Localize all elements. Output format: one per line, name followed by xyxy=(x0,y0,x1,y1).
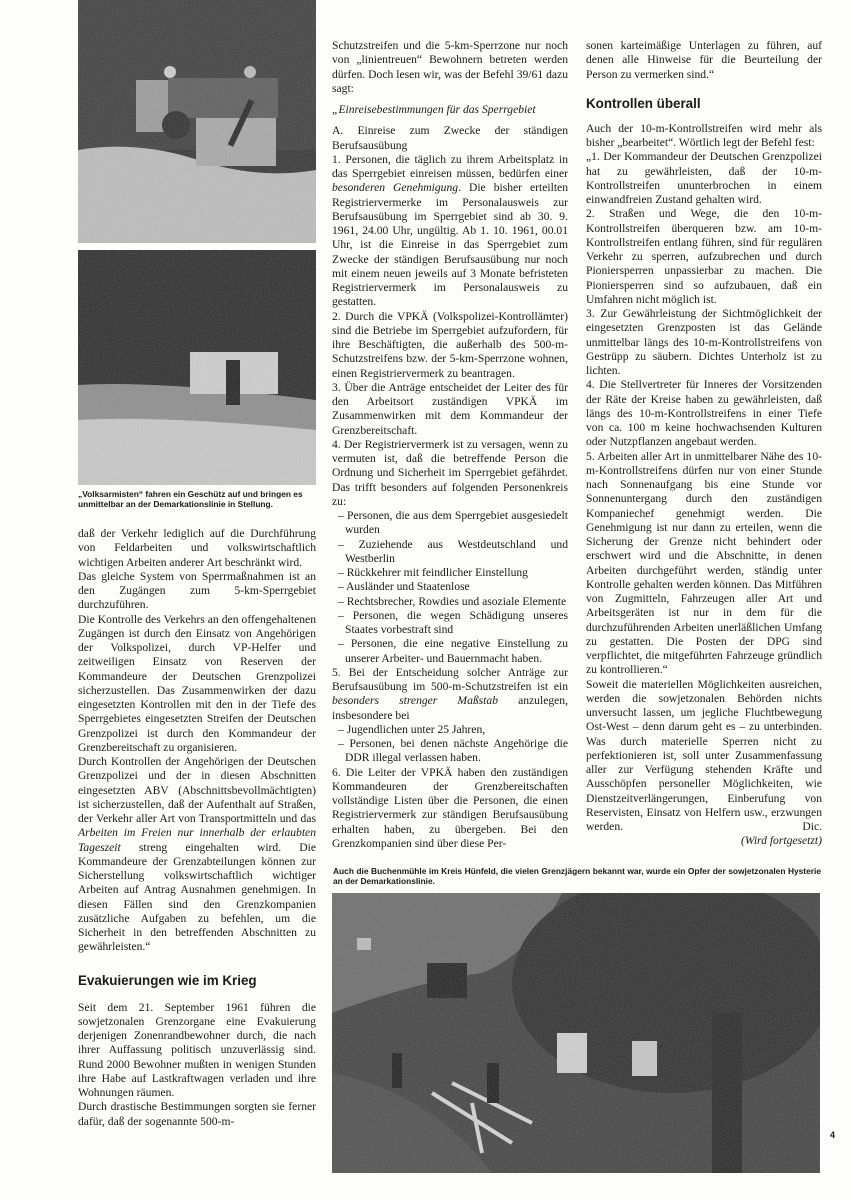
photo-soldiers-truck xyxy=(78,0,316,243)
list-item: – Personen, bei denen nächste Angehörige… xyxy=(332,737,568,766)
continued-note: (Wird fortgesetzt) xyxy=(586,834,822,848)
right-column: sonen karteimäßige Unterlagen zu führen,… xyxy=(586,39,822,849)
item-6: 6. Die Leiter der VPKÄ haben den zuständ… xyxy=(332,766,568,852)
item-4: 4. Der Registriervermerk ist zu versagen… xyxy=(332,438,568,509)
page-number: 4 xyxy=(830,1130,835,1140)
order-item-4: 4. Die Stellvertreter für Inneres der Vo… xyxy=(586,378,822,449)
item-1: 1. Personen, die täglich zu ihrem Arbeit… xyxy=(332,153,568,310)
section-a: A. Einreise zum Zwecke der ständigen Ber… xyxy=(332,124,568,153)
paragraph: Durch Kontrollen der Angehörigen der Deu… xyxy=(78,755,316,955)
section-heading: Evakuierungen wie im Krieg xyxy=(78,973,316,989)
list-item: – Personen, die eine negative Einstellun… xyxy=(332,637,568,666)
order-item-2: 2. Straßen und Wege, die den 10-m-Kontro… xyxy=(586,207,822,307)
list-item: – Personen, die wegen Schädigung unseres… xyxy=(332,609,568,638)
paragraph: Durch drastische Bestimmungen sorgten si… xyxy=(78,1100,316,1129)
order-item-5: 5. Arbeiten aller Art in unmittelbarer N… xyxy=(586,450,822,678)
list-item: – Rechtsbrecher, Rowdies und asoziale El… xyxy=(332,595,568,609)
paragraph: Auch der 10-m-Kontrollstreifen wird mehr… xyxy=(586,122,822,151)
paragraph: Soweit die materiellen Möglichkeiten aus… xyxy=(586,678,822,835)
photo-gun-in-position xyxy=(78,250,316,485)
paragraph: Das gleiche System von Sperrmaßnahmen is… xyxy=(78,570,316,613)
photo-caption-bottom: Auch die Buchenmühle im Kreis Hünfeld, d… xyxy=(333,866,821,886)
photo-caption-left: „Volksarmisten“ fahren ein Geschütz auf … xyxy=(78,489,318,509)
order-item-1: „1. Der Kommandeur der Deutschen Grenzpo… xyxy=(586,150,822,207)
paragraph: Die Kontrolle des Verkehrs an den offeng… xyxy=(78,613,316,756)
section-heading: Kontrollen überall xyxy=(586,96,822,112)
item-3: 3. Über die Anträge entscheidet der Leit… xyxy=(332,381,568,438)
quote-title: „Einreisebestimmungen für das Sperrgebie… xyxy=(332,103,568,117)
paragraph: daß der Verkehr lediglich auf die Durchf… xyxy=(78,527,316,570)
list-item: – Zuziehende aus Westdeutschland und Wes… xyxy=(332,538,568,567)
paragraph: Seit dem 21. September 1961 führen die s… xyxy=(78,1001,316,1101)
middle-column: Schutzstreifen und die 5-km-Sperrzone nu… xyxy=(332,39,568,851)
order-item-3: 3. Zur Gewährleistung der Sichtmöglichke… xyxy=(586,307,822,378)
photo-demolished-mill xyxy=(332,893,820,1173)
author-signature: Dic. xyxy=(802,820,822,834)
list-item: – Ausländer und Staatenlose xyxy=(332,580,568,594)
paragraph: sonen karteimäßige Unterlagen zu führen,… xyxy=(586,39,822,82)
item-5: 5. Bei der Entscheidung solcher Anträge … xyxy=(332,666,568,723)
list-item: – Jugendlichen unter 25 Jahren, xyxy=(332,723,568,737)
left-column: daß der Verkehr lediglich auf die Durchf… xyxy=(78,527,316,1129)
paragraph: Schutzstreifen und die 5-km-Sperrzone nu… xyxy=(332,39,568,96)
list-item: – Rückkehrer mit feindlicher Einstellung xyxy=(332,566,568,580)
list-item: – Personen, die aus dem Sperrgebiet ausg… xyxy=(332,509,568,538)
item-2: 2. Durch die VPKÄ (Volkspolizei-Kontroll… xyxy=(332,310,568,381)
